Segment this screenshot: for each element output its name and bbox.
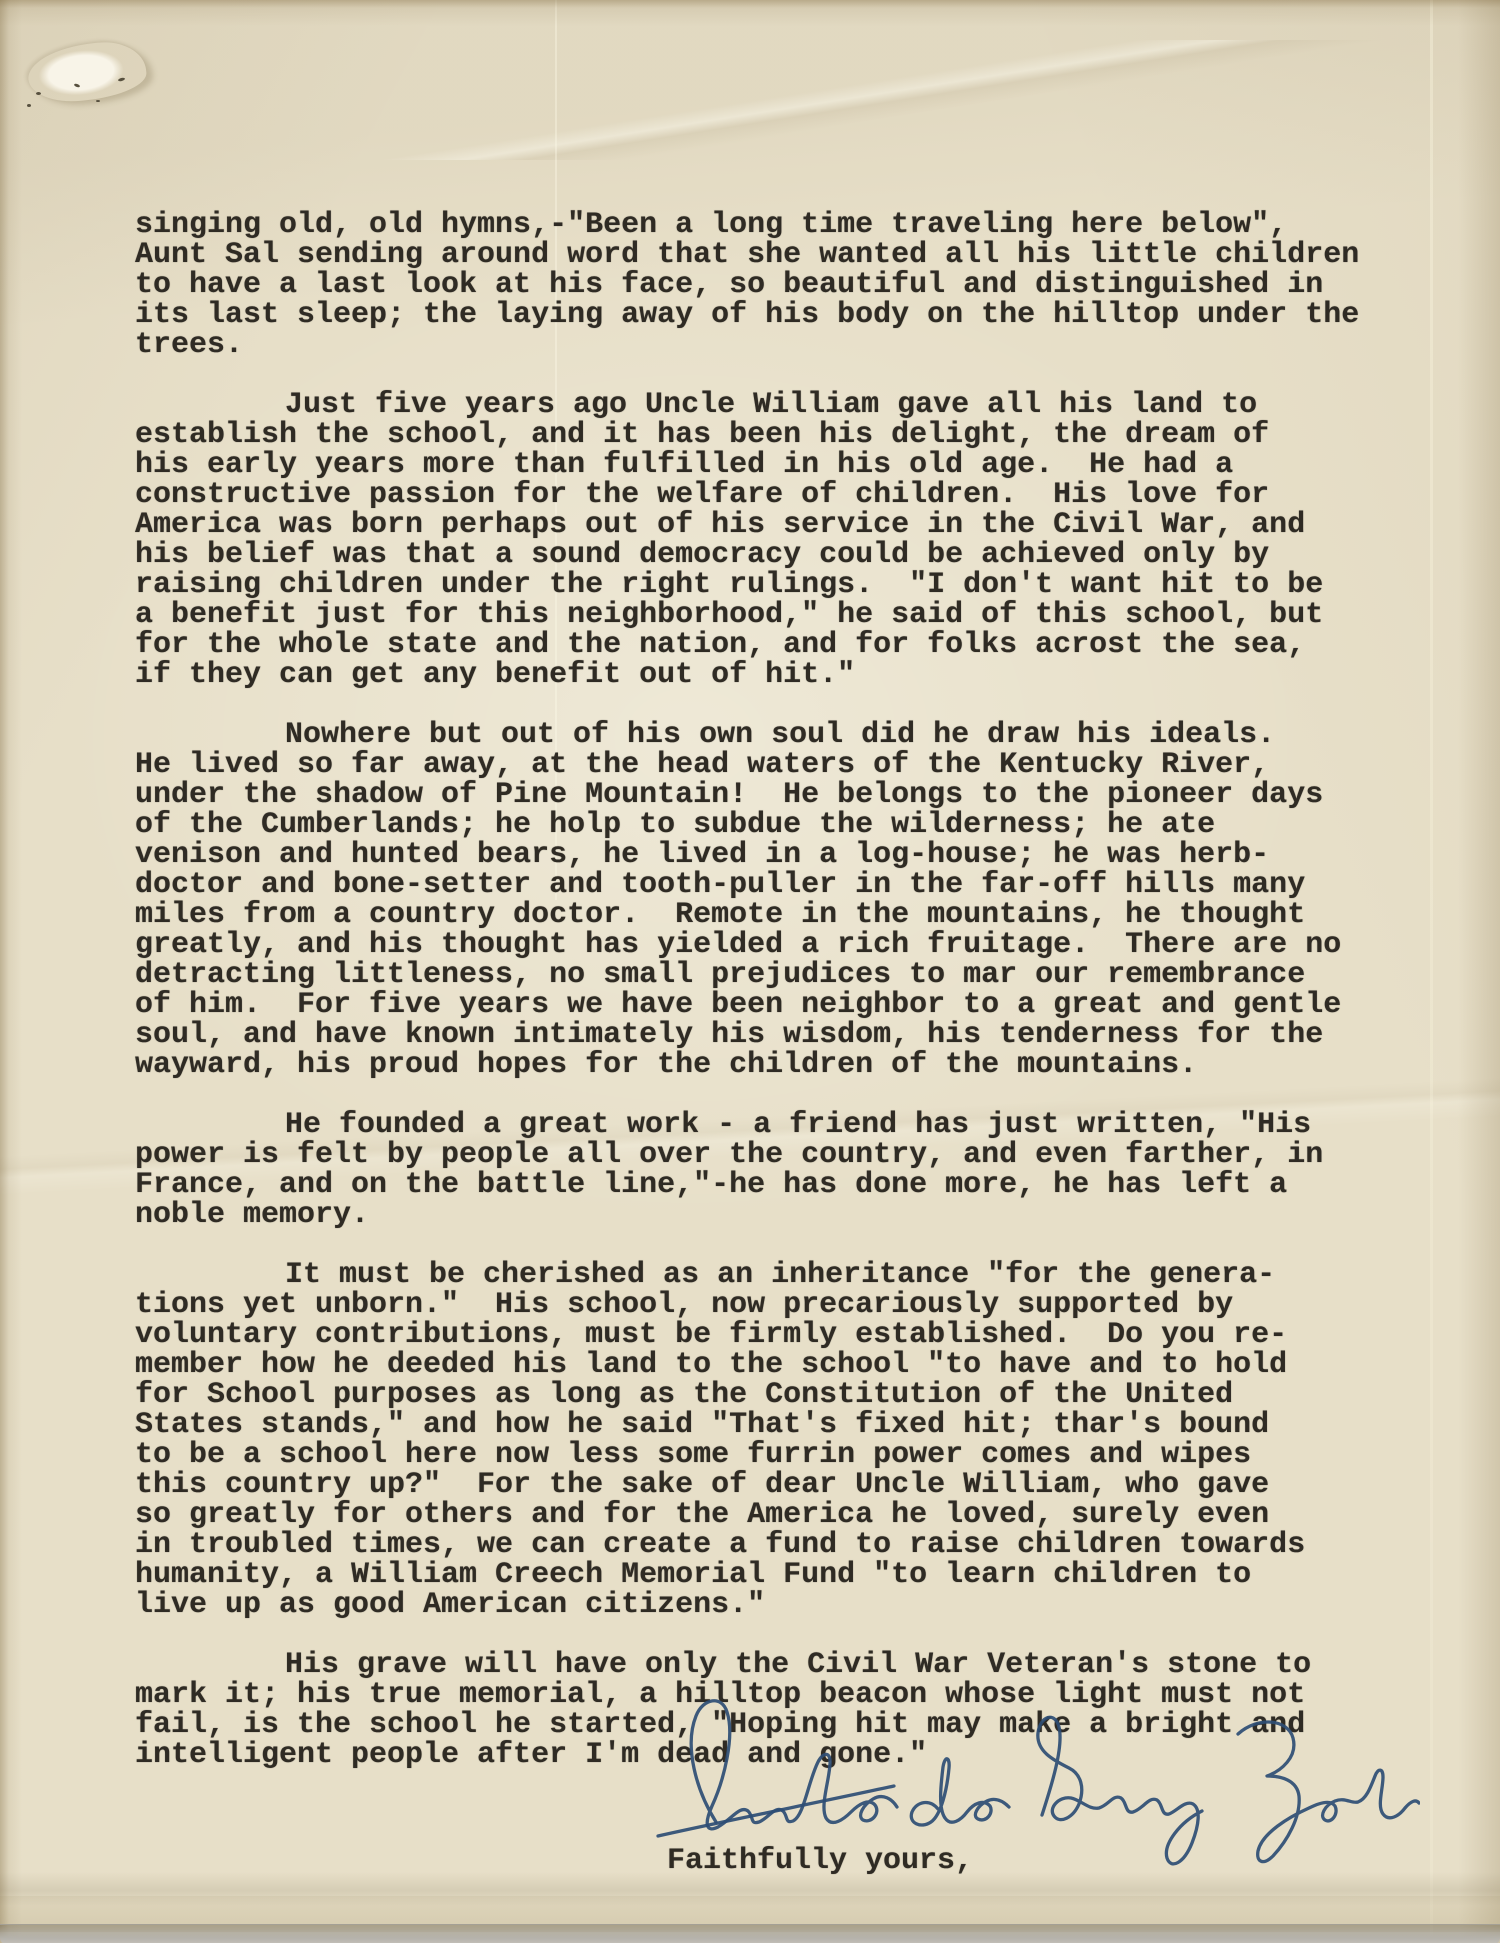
text-line: Nowhere but out of his own soul did he d… [135,720,1425,750]
text-line: live up as good American citizens." [135,1590,1425,1620]
text-line: his belief was that a sound democracy co… [135,540,1425,570]
paragraph: singing old, old hymns,-"Been a long tim… [135,210,1425,360]
paragraphs-container: singing old, old hymns,-"Been a long tim… [135,210,1425,1770]
top-edge-shadow [0,0,1500,26]
text-line: this country up?" For the sake of dear U… [135,1470,1425,1500]
paper-speck [118,77,126,82]
text-line: States stands," and how he said "That's … [135,1410,1425,1440]
text-line: detracting littleness, no small prejudic… [135,960,1425,990]
text-line: raising children under the right rulings… [135,570,1425,600]
text-line: humanity, a William Creech Memorial Fund… [135,1560,1425,1590]
text-line: voluntary contributions, must be firmly … [135,1320,1425,1350]
text-line: Aunt Sal sending around word that she wa… [135,240,1425,270]
paper-speck [96,100,100,102]
paragraph: Just five years ago Uncle William gave a… [135,390,1425,690]
text-line: if they can get any benefit out of hit." [135,660,1425,690]
text-line: to be a school here now less some furrin… [135,1440,1425,1470]
text-line: to have a last look at his face, so beau… [135,270,1425,300]
text-line: of the Cumberlands; he holp to subdue th… [135,810,1425,840]
text-line: fail, is the school he started, "Hoping … [135,1710,1425,1740]
text-line: It must be cherished as an inheritance "… [135,1260,1425,1290]
text-line: America was born perhaps out of his serv… [135,510,1425,540]
text-line: his early years more than fulfilled in h… [135,450,1425,480]
text-line: venison and hunted bears, he lived in a … [135,840,1425,870]
text-line: constructive passion for the welfare of … [135,480,1425,510]
text-line: miles from a country doctor. Remote in t… [135,900,1425,930]
paper-speck [27,104,31,107]
text-line: trees. [135,330,1425,360]
closing-salutation: Faithfully yours, [667,1846,1425,1876]
text-line: wayward, his proud hopes for the childre… [135,1050,1425,1080]
paragraph: He founded a great work - a friend has j… [135,1110,1425,1230]
text-line: France, and on the battle line,"-he has … [135,1170,1425,1200]
text-line: singing old, old hymns,-"Been a long tim… [135,210,1425,240]
text-line: tions yet unborn." His school, now preca… [135,1290,1425,1320]
text-line: soul, and have known intimately his wisd… [135,1020,1425,1050]
text-line: for the whole state and the nation, and … [135,630,1425,660]
text-line: mark it; his true memorial, a hilltop be… [135,1680,1425,1710]
text-line: of him. For five years we have been neig… [135,990,1425,1020]
text-line: Just five years ago Uncle William gave a… [135,390,1425,420]
text-line: for School purposes as long as the Const… [135,1380,1425,1410]
text-line: intelligent people after I'm dead and go… [135,1740,1425,1770]
text-line: power is felt by people all over the cou… [135,1140,1425,1170]
text-line: doctor and bone-setter and tooth-puller … [135,870,1425,900]
text-line: a benefit just for this neighborhood," h… [135,600,1425,630]
right-edge-shadow [1458,0,1500,1943]
paper-speck [74,83,81,88]
text-line: its last sleep; the laying away of his b… [135,300,1425,330]
text-line: He lived so far away, at the head waters… [135,750,1425,780]
paragraph: Nowhere but out of his own soul did he d… [135,720,1425,1080]
letter-body: singing old, old hymns,-"Been a long tim… [135,150,1425,1936]
text-line: noble memory. [135,1200,1425,1230]
paragraph: It must be cherished as an inheritance "… [135,1260,1425,1620]
text-line: so greatly for others and for the Americ… [135,1500,1425,1530]
text-line: He founded a great work - a friend has j… [135,1110,1425,1140]
text-line: member how he deeded his land to the sch… [135,1350,1425,1380]
crease-line [180,40,1500,160]
text-line: establish the school, and it has been hi… [135,420,1425,450]
letter-page: singing old, old hymns,-"Been a long tim… [0,0,1500,1943]
text-line: under the shadow of Pine Mountain! He be… [135,780,1425,810]
paper-speck [36,92,41,95]
paper-tear [25,38,148,106]
text-line: greatly, and his thought has yielded a r… [135,930,1425,960]
text-line: His grave will have only the Civil War V… [135,1650,1425,1680]
text-line: in troubled times, we can create a fund … [135,1530,1425,1560]
paragraph: His grave will have only the Civil War V… [135,1650,1425,1770]
left-edge-shadow [0,0,22,1943]
crease-line [1430,0,1433,1943]
